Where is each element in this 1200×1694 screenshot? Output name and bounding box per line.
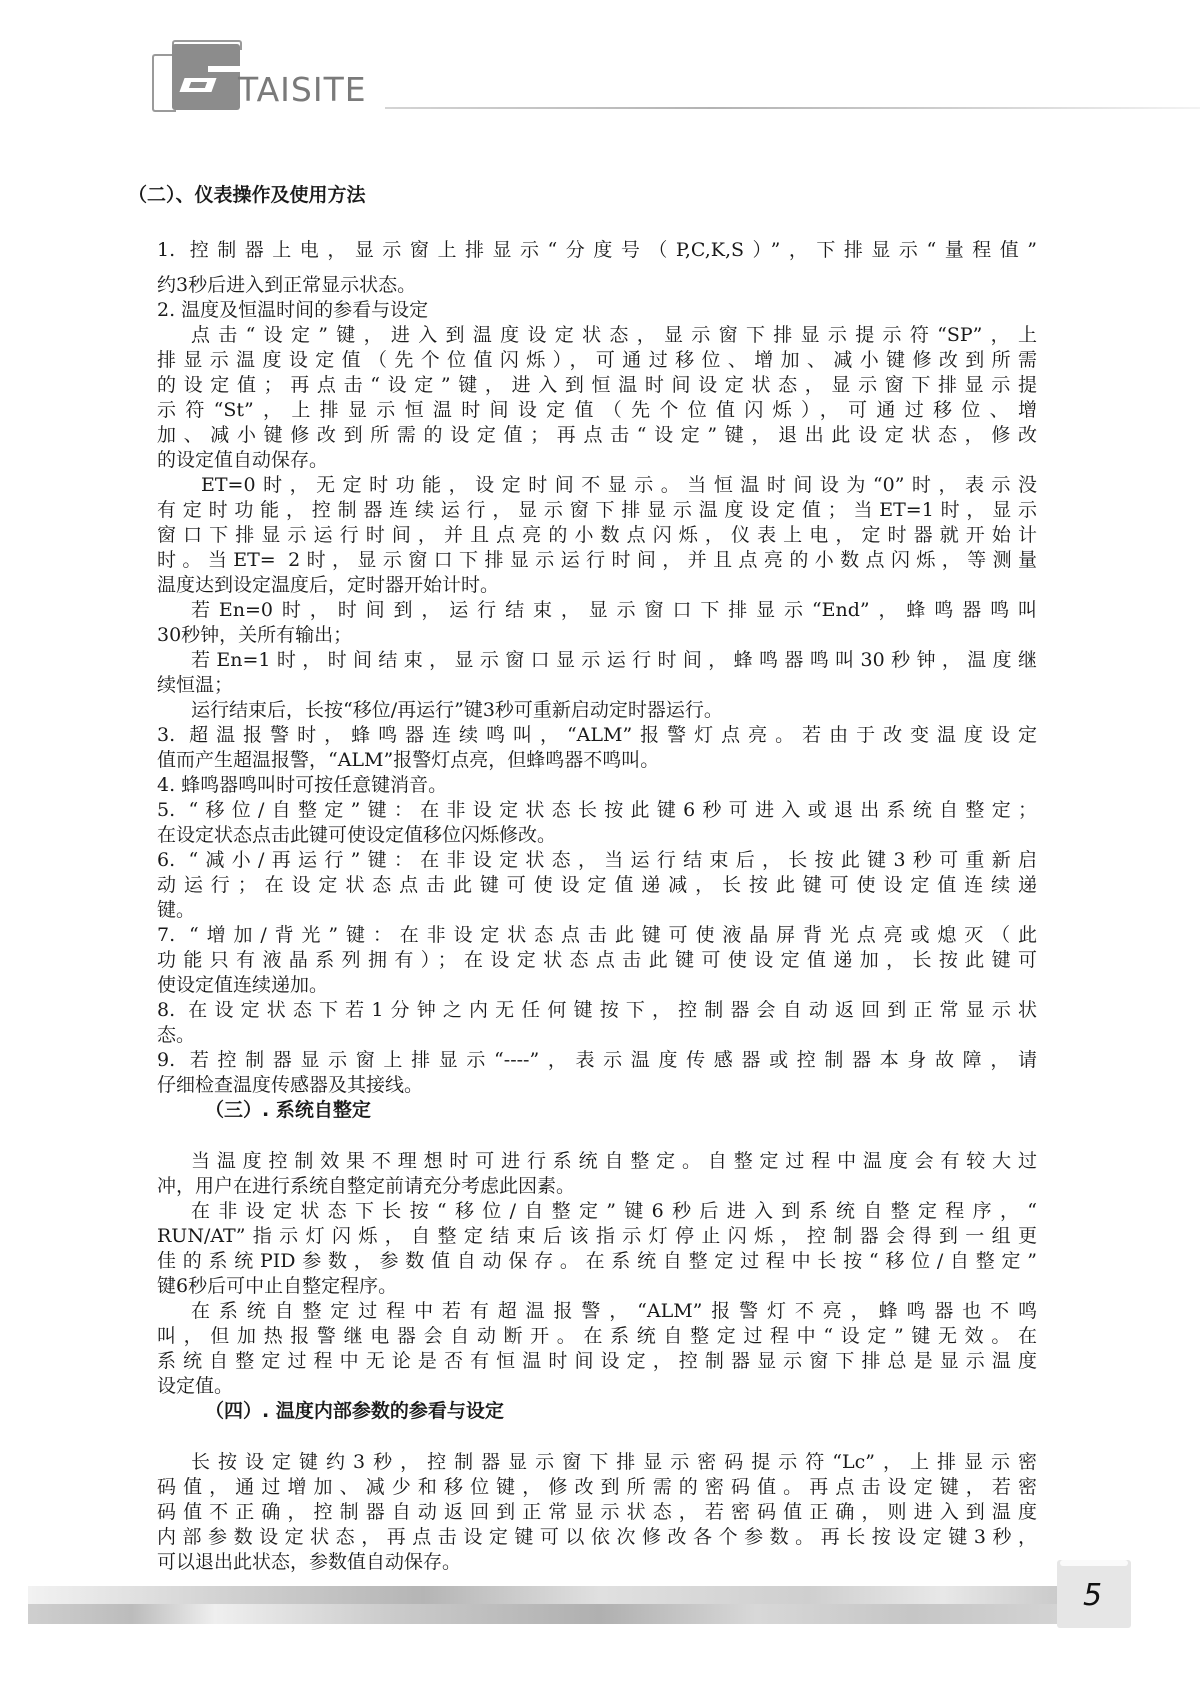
paragraph-line: 设定值。 <box>157 1374 1037 1399</box>
taisite-logo-icon <box>152 40 242 112</box>
header-divider <box>385 107 1200 109</box>
paragraph-line: 30秒钟，关所有输出； <box>157 623 1037 648</box>
page-number: 5 <box>1083 1578 1102 1613</box>
paragraph-line: 4. 蜂鸣器鸣叫时可按任意键消音。 <box>157 773 1037 798</box>
paragraph-line: 仔细检查温度传感器及其接线。 <box>157 1073 1037 1098</box>
paragraph-line: 窗口下排显示运行时间，并且点亮的小数点闪烁，仪表上电，定时器就开始计 <box>157 523 1037 548</box>
paragraph-line: 在非设定状态下长按“移位/自整定”键6秒后进入到系统自整定程序，“ <box>157 1199 1037 1224</box>
paragraph-line: 9. 若控制器显示窗上排显示“----”，表示温度传感器或控制器本身故障，请 <box>157 1048 1037 1073</box>
paragraph-line: 8. 在设定状态下若1分钟之内无任何键按下，控制器会自动返回到正常显示状 <box>157 998 1037 1023</box>
footer-decor-bar <box>28 1604 1068 1624</box>
paragraph-line: 键6秒后可中止自整定程序。 <box>157 1274 1037 1299</box>
document-body: 1. 控制器上电，显示窗上排显示“分度号（P,C,K,S）”，下排显示“量程值”… <box>157 238 1037 1575</box>
paragraph-line: 值而产生超温报警，“ALM”报警灯点亮，但蜂鸣器不鸣叫。 <box>157 748 1037 773</box>
paragraph-line: 佳的系统PID参数，参数值自动保存。在系统自整定过程中长按“移位/自整定” <box>157 1249 1037 1274</box>
paragraph-line: 约3秒后进入到正常显示状态。 <box>157 273 1037 298</box>
section-title-operation: （二）、仪表操作及使用方法 <box>128 180 366 207</box>
paragraph-line: 3. 超温报警时，蜂鸣器连续鸣叫，“ALM”报警灯点亮。若由于改变温度设定 <box>157 723 1037 748</box>
footer-decor-bar <box>28 1586 1068 1604</box>
paragraph-line: RUN/AT”指示灯闪烁，自整定结束后该指示灯停止闪烁，控制器会得到一组更 <box>157 1224 1037 1249</box>
paragraph-line: 排显示温度设定值（先个位值闪烁），可通过移位、增加、减小键修改到所需 <box>157 348 1037 373</box>
paragraph-line: 的设定值自动保存。 <box>157 448 1037 473</box>
paragraph-line: 有定时功能，控制器连续运行，显示窗下排显示温度设定值；当ET=1时，显示 <box>157 498 1037 523</box>
logo-glyph-shape <box>189 82 207 88</box>
paragraph-line: 使设定值连续递加。 <box>157 973 1037 998</box>
paragraph-line: 的设定值；再点击“设定”键，进入到恒温时间设定状态，显示窗下排显示提 <box>157 373 1037 398</box>
paragraph-line: 当温度控制效果不理想时可进行系统自整定。自整定过程中温度会有较大过 <box>157 1149 1037 1174</box>
paragraph-line: 叫，但加热报警继电器会自动断开。在系统自整定过程中“设定”键无效。在 <box>157 1324 1037 1349</box>
paragraph-line: 态。 <box>157 1023 1037 1048</box>
paragraph-line: 在设定状态点击此键可使设定值移位闪烁修改。 <box>157 823 1037 848</box>
paragraph-line: 冲，用户在进行系统自整定前请充分考虑此因素。 <box>157 1174 1037 1199</box>
paragraph-line: 可以退出此状态，参数值自动保存。 <box>157 1550 1037 1575</box>
paragraph-line: 运行结束后，长按“移位/再运行”键3秒可重新启动定时器运行。 <box>157 698 1037 723</box>
paragraph-line: 码值，通过增加、减少和移位键，修改到所需的密码值。再点击设定键，若密 <box>157 1475 1037 1500</box>
paragraph-line: 6. “减小/再运行”键：在非设定状态，当运行结束后，长按此键3秒可重新启 <box>157 848 1037 873</box>
paragraph-line: ET=0时，无定时功能，设定时间不显示。当恒温时间设为“0”时，表示没 <box>157 473 1037 498</box>
paragraph-line: 功能只有液晶系列拥有）；在设定状态点击此键可使设定值递加，长按此键可 <box>157 948 1037 973</box>
paragraph-line: 加、减小键修改到所需的设定值；再点击“设定”键，退出此设定状态，修改 <box>157 423 1037 448</box>
paragraph-line: 系统自整定过程中无论是否有恒温时间设定，控制器显示窗下排总是显示温度 <box>157 1349 1037 1374</box>
paragraph-line: 7. “增加/背光”键：在非设定状态点击此键可使液晶屏背光点亮或熄灭（此 <box>157 923 1037 948</box>
paragraph-line: 1. 控制器上电，显示窗上排显示“分度号（P,C,K,S）”，下排显示“量程值” <box>157 238 1037 263</box>
brand-name: TAISITE <box>238 70 367 109</box>
page-badge-top-shape <box>1060 1560 1128 1566</box>
paragraph-line: 续恒温； <box>157 673 1037 698</box>
paragraph-line: 点击“设定”键，进入到温度设定状态，显示窗下排显示提示符“SP”，上 <box>157 323 1037 348</box>
paragraph-line: 温度达到设定温度后，定时器开始计时。 <box>157 573 1037 598</box>
paragraph-line: 码值不正确，控制器自动返回到正常显示状态，若密码值正确，则进入到温度 <box>157 1500 1037 1525</box>
paragraph-line: 5. “移位/自整定”键：在非设定状态长按此键6秒可进入或退出系统自整定； <box>157 798 1037 823</box>
paragraph-line: 内部参数设定状态，再点击设定键可以依次修改各个参数。再长按设定键3秒， <box>157 1525 1037 1550</box>
paragraph-line: 动运行；在设定状态点击此键可使设定值递减，长按此键可使设定值连续递 <box>157 873 1037 898</box>
paragraph-line: 在系统自整定过程中若有超温报警，“ALM”报警灯不亮，蜂鸣器也不鸣 <box>157 1299 1037 1324</box>
paragraph-line: 2. 温度及恒温时间的参看与设定 <box>157 298 1037 323</box>
paragraph-line: 长按设定键约3秒，控制器显示窗下排显示密码提示符“Lc”，上排显示密 <box>157 1450 1037 1475</box>
section-title-internal-params: （四）. 温度内部参数的参看与设定 <box>157 1399 1037 1424</box>
logo-glyph-shape <box>208 66 240 72</box>
paragraph-line: 若En=1时，时间结束，显示窗口显示运行时间，蜂鸣器鸣叫30秒钟，温度继 <box>157 648 1037 673</box>
logo-box-shape <box>172 44 240 110</box>
paragraph-line: 若En=0时，时间到，运行结束，显示窗口下排显示“End”，蜂鸣器鸣叫 <box>157 598 1037 623</box>
section-title-autotune: （三）. 系统自整定 <box>157 1098 1037 1123</box>
paragraph-line: 时。当ET= 2时，显示窗口下排显示运行时间，并且点亮的小数点闪烁，等测量 <box>157 548 1037 573</box>
paragraph-line: 键。 <box>157 898 1037 923</box>
paragraph-line: 示符“St”，上排显示恒温时间设定值（先个位值闪烁），可通过移位、增 <box>157 398 1037 423</box>
